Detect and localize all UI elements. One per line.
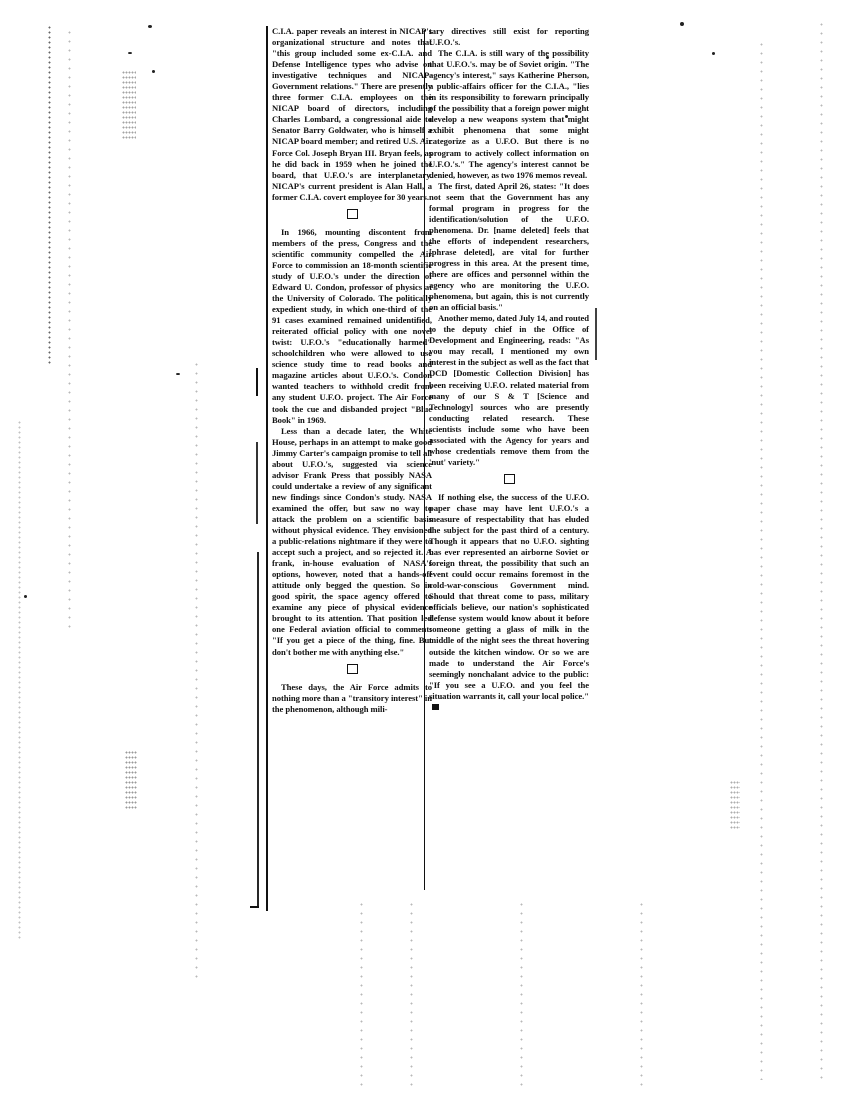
column-rule-left: [266, 26, 268, 911]
article-column-2: tary directives still exist for reportin…: [429, 26, 589, 713]
paragraph: The first, dated April 26, states: "It d…: [429, 181, 589, 314]
paragraph-text: If nothing else, the success of the U.F.…: [429, 492, 589, 701]
paragraph: C.I.A. paper reveals an interest in NICA…: [272, 26, 432, 203]
end-of-article-square-icon: [432, 704, 439, 710]
margin-bar: [256, 368, 258, 396]
section-break-box-icon: [504, 474, 515, 484]
section-break-box-icon: [347, 209, 358, 219]
article-column-1: C.I.A. paper reveals an interest in NICA…: [272, 26, 432, 715]
paragraph: In 1966, mounting discontent from member…: [272, 227, 432, 426]
paragraph: Another memo, dated July 14, and routed …: [429, 313, 589, 468]
paragraph: These days, the Air Force admits to noth…: [272, 682, 432, 715]
paragraph: tary directives still exist for reportin…: [429, 26, 589, 48]
paragraph: If nothing else, the success of the U.F.…: [429, 492, 589, 713]
margin-bar: [256, 442, 258, 524]
section-break-box-icon: [347, 664, 358, 674]
paragraph: Less than a decade later, the White Hous…: [272, 426, 432, 658]
margin-bar-foot: [250, 906, 259, 908]
margin-bar: [595, 308, 597, 360]
margin-bar: [257, 552, 259, 908]
paragraph: The C.I.A. is still wary of the possibil…: [429, 48, 589, 181]
